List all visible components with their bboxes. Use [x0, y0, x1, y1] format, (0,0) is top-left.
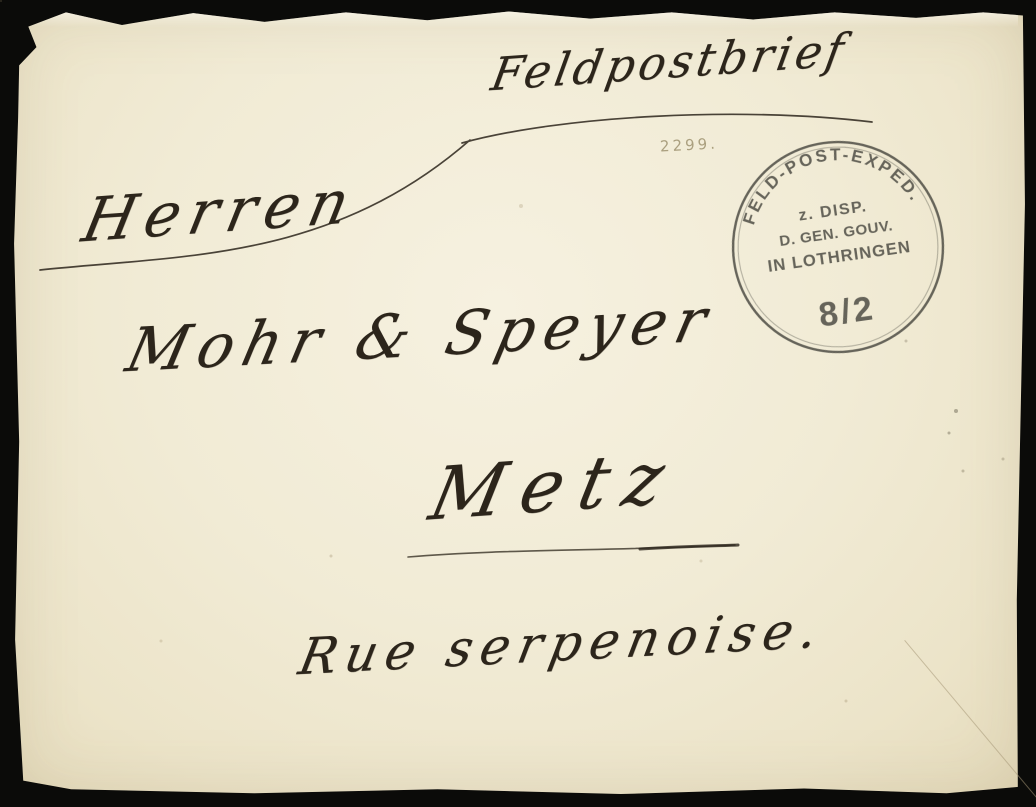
stamp-date: 8/2 — [816, 289, 878, 335]
title-underline-flourish — [0, 0, 1036, 807]
feldpost-cancel-stamp: FELD-POST-EXPED. z. DISP. D. GEN. GOUV. … — [713, 122, 964, 373]
paper-speckles — [0, 0, 2, 2]
photo-stage: Feldpostbrief 2299. FELD-POST-EXPED. z. … — [0, 0, 1036, 807]
pencil-annotation: 2299. — [660, 134, 719, 155]
stamp-line-1: z. DISP. — [797, 197, 868, 224]
